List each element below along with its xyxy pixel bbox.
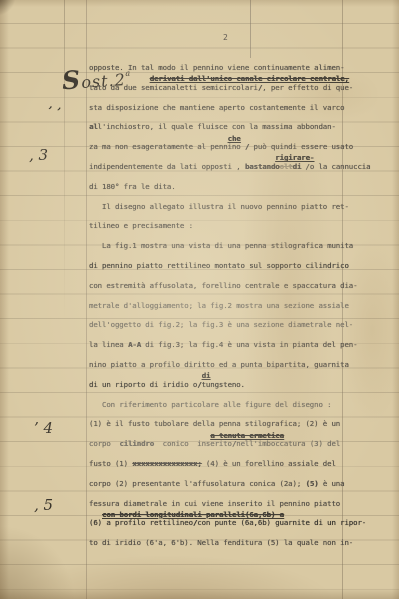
typed-line: (1) è il fusto tubolare della penna stil… [89,419,340,428]
typed-segment: fessura diametrale in cui viene inserito… [89,499,340,508]
typed-segment: con estremità affusolata, forellino cent… [89,281,357,290]
typed-segment: corpo (2) presentante l'affusolatura con… [89,479,305,488]
typed-segment: con punte (6a,6b) guarnite di un ripor- [197,518,366,527]
typed-segment: conico inserito [154,439,232,448]
typed-segment: di un riporto di iridio o [89,380,197,389]
typed-line: di un riporto di iridio o/tungsteno. [89,380,245,389]
typed-segment: fusto (1) [89,459,132,468]
typed-segment: sta disposizione che mantiene aperto cos… [89,103,344,112]
typed-line: nino piatto a profilo diritto ed a punta… [89,360,349,369]
typed-line: to di iridio (6'a, 6'b). Nella fenditura… [89,538,353,547]
margin-note-5: ‚ 5 [34,496,53,514]
typed-segment: (1) è il fusto tubolare della penna stil… [89,419,340,428]
typed-segment: l'inchiostro, il quale fluisce con la ma… [98,122,336,131]
typed-line: indipendentemente da lati opposti , bast… [89,162,370,171]
typed-line: La fig.1 mostra una vista di una penna s… [89,241,353,250]
typed-segment: za ma non esageratamente al pennino [89,142,245,151]
typed-line: corpo cilindro conico inserito/nell'imbo… [89,439,340,448]
typed-segment: xxxxxxxxxxxxxxx; [132,459,201,468]
typed-text-layer: opposte. In tal modo il pennino viene co… [0,0,399,599]
typed-segment: al [89,122,98,131]
scanned-document-page: 2 opposte. In tal modo il pennino viene … [0,0,399,599]
margin-note-sost-superscript: a [125,69,130,78]
typed-line: Con riferimento particolare alle figure … [89,400,331,409]
typed-segment: la linea [89,340,128,349]
typed-line: tilineo e precisamente : [89,221,193,230]
typed-line: fusto (1) xxxxxxxxxxxxxxx; (4) è un fore… [89,459,336,468]
typed-segment: può quindi essere usato [249,142,353,151]
typed-segment: di [293,162,302,171]
typed-segment: è una [318,479,344,488]
typed-segment: tungsteno. [202,380,245,389]
typed-segment: di pennino piatto rettilineo montato sul… [89,261,349,270]
typed-segment: corpo [89,439,119,448]
typed-segment: di fig.3; la fig.4 è una vista in pianta… [141,340,357,349]
typed-segment: La fig.1 mostra una vista di una penna s… [89,241,353,250]
typed-segment: olt [280,162,293,171]
typed-segment: /o la cannuccia [301,162,370,171]
typed-segment: metrale d'alloggiamento; la fig.2 mostra… [89,301,349,310]
typed-segment: cilindro [119,439,154,448]
typed-segment: tilineo e precisamente : [89,221,193,230]
typed-line: Il disegno allegato illustra il nuovo pe… [89,202,349,211]
typed-line: corpo (2) presentante l'affusolatura con… [89,479,344,488]
typed-line: di pennino piatto rettilineo montato sul… [89,261,349,270]
typed-segment: Con riferimento particolare alle figure … [89,400,331,409]
typed-segment: dell'oggetto di fig.2; la fig.3 è una se… [89,320,353,329]
typed-segment: nell'imboccatura (3) del [236,439,340,448]
typed-line: dell'oggetto di fig.2; la fig.3 è una se… [89,320,353,329]
margin-note-ticks: ‚‚ [48,98,67,113]
typed-segment: (4) è un forellino assiale del [202,459,336,468]
typed-segment: Il disegno allegato illustra il nuovo pe… [89,202,349,211]
typed-segment: bastando [245,162,280,171]
typed-line: za ma non esageratamente al pennino / pu… [89,142,353,151]
typed-segment: , per effetto di que- [262,83,353,92]
typed-line: sta disposizione che mantiene aperto cos… [89,103,344,112]
margin-note-3: ‚ 3 [29,146,48,164]
typed-segment: (5) [305,479,318,488]
typed-segment: di 180° fra le dita. [89,182,176,191]
typed-segment: to di iridio (6'a, 6'b). Nella fenditura… [89,538,353,547]
margin-note-4: ’ 4 [34,419,53,437]
margin-note-sost: Sost.2a [61,62,131,96]
typed-line: di 180° fra le dita. [89,182,176,191]
typed-line: con estremità affusolata, forellino cent… [89,281,357,290]
typed-line: fessura diametrale in cui viene inserito… [89,499,340,508]
typed-line: (6) a profilo rettilineo/con punte (6a,6… [89,518,366,527]
typed-segment: (6) a profilo rettilineo [89,518,193,527]
typed-segment: indipendentemente da lati opposti , [89,162,245,171]
typed-line: la linea A-A di fig.3; la fig.4 è una vi… [89,340,357,349]
typed-segment: A-A [128,340,141,349]
typed-line: metrale d'alloggiamento; la fig.2 mostra… [89,301,349,310]
typed-line: all'inchiostro, il quale fluisce con la … [89,122,336,131]
margin-note-sost-text: Sost.2 [62,70,127,93]
typed-segment: nino piatto a profilo diritto ed a punta… [89,360,349,369]
